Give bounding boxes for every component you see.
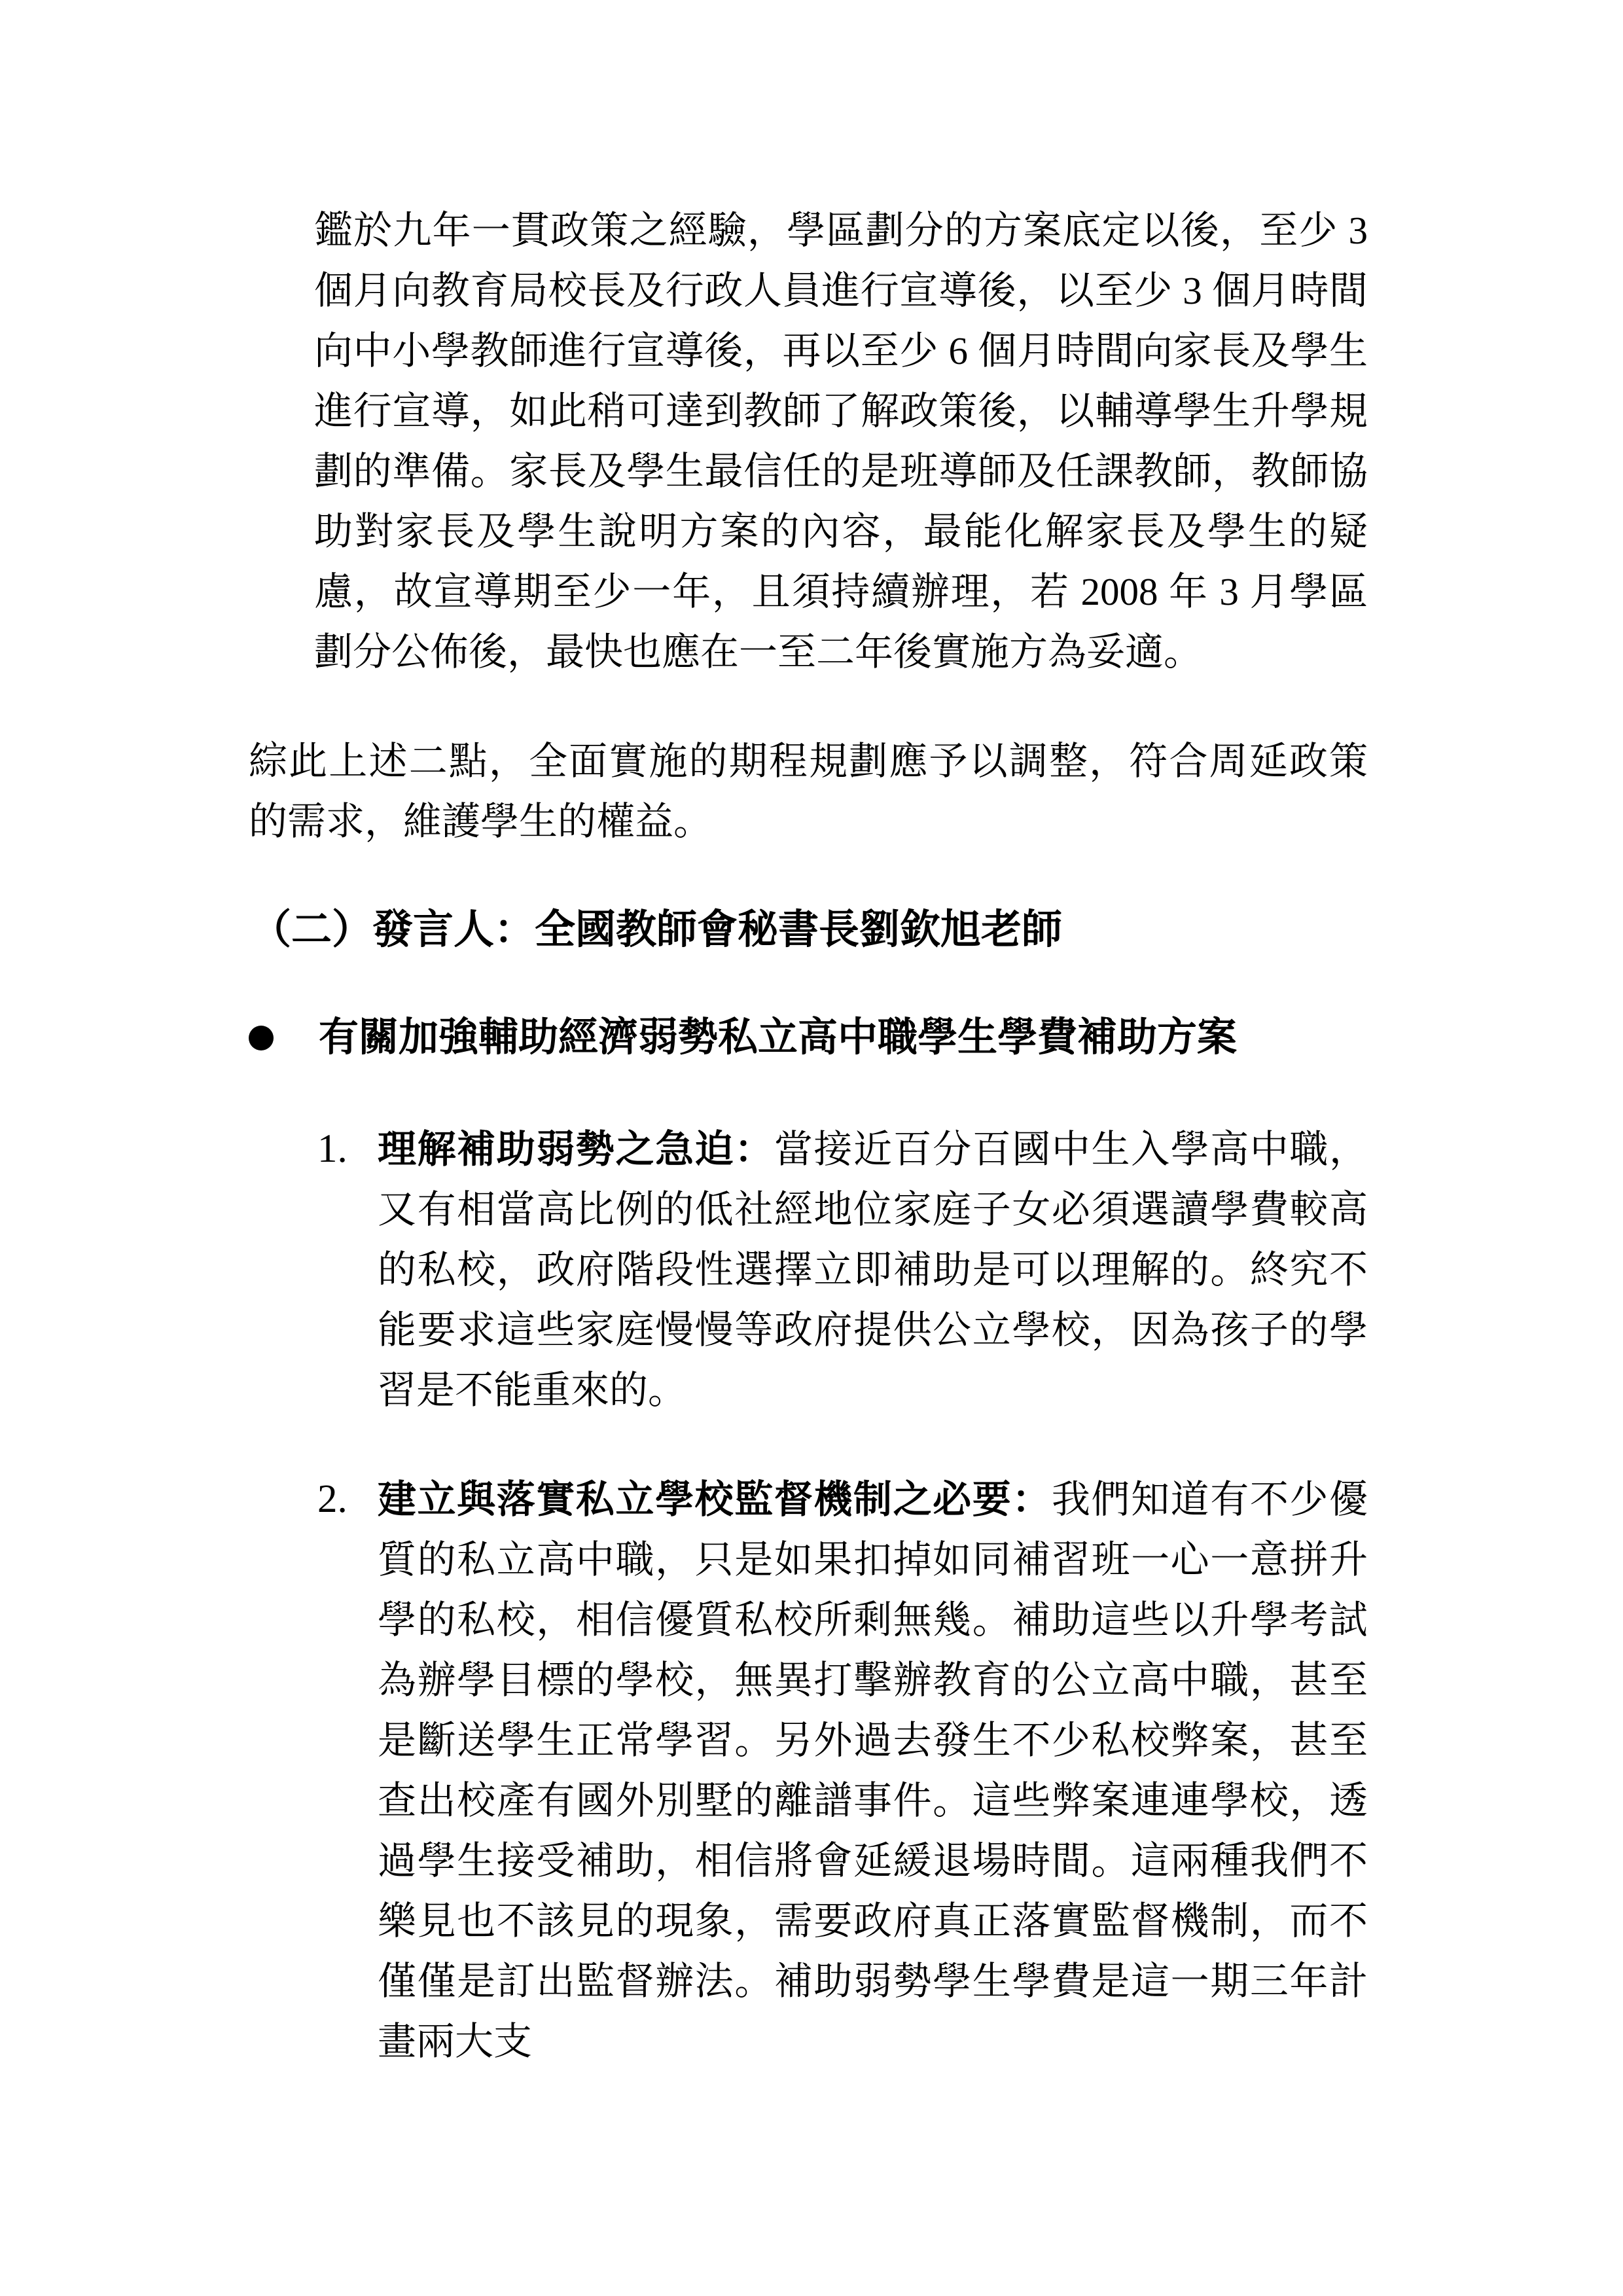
item-lead: 建立與落實私立學校監督機制之必要： [378, 1478, 1052, 1521]
document-page: 鑑於九年一貫政策之經驗，學區劃分的方案底定以後，至少 3 個月向教育局校長及行政… [0, 0, 1623, 2296]
item-lead: 理解補助弱勢之急迫： [378, 1128, 774, 1171]
section-heading-speaker: （二）發言人：全國教師會秘書長劉欽旭老師 [251, 897, 1427, 963]
summary-paragraph: 綜此上述二點，全面實施的期程規劃應予以調整，符合周延政策的需求，維護學生的權益。 [249, 731, 1368, 852]
item-text: 理解補助弱勢之急迫：當接近百分百國中生入學高中職，又有相當高比例的低社經地位家庭… [378, 1119, 1368, 1420]
numbered-item-2: 2. 建立與落實私立學校監督機制之必要：我們知道有不少優質的私立高中職，只是如果… [317, 1469, 1368, 2072]
bullet-item-title: 有關加強輔助經濟弱勢私立高中職學生學費補助方案 [319, 1005, 1237, 1071]
bullet-list-item: 有關加強輔助經濟弱勢私立高中職學生學費補助方案 [249, 1005, 1368, 1071]
item-body: 我們知道有不少優質的私立高中職，只是如果扣掉如同補習班一心一意拼升學的私校，相信… [378, 1478, 1368, 2063]
item-number: 2. [317, 1469, 378, 2072]
numbered-item-1: 1. 理解補助弱勢之急迫：當接近百分百國中生入學高中職，又有相當高比例的低社經地… [317, 1119, 1368, 1420]
item-number: 1. [317, 1119, 378, 1420]
quote-paragraph: 鑑於九年一貫政策之經驗，學區劃分的方案底定以後，至少 3 個月向教育局校長及行政… [314, 200, 1368, 682]
bullet-dot-icon [249, 1026, 274, 1050]
item-text: 建立與落實私立學校監督機制之必要：我們知道有不少優質的私立高中職，只是如果扣掉如… [378, 1469, 1368, 2072]
